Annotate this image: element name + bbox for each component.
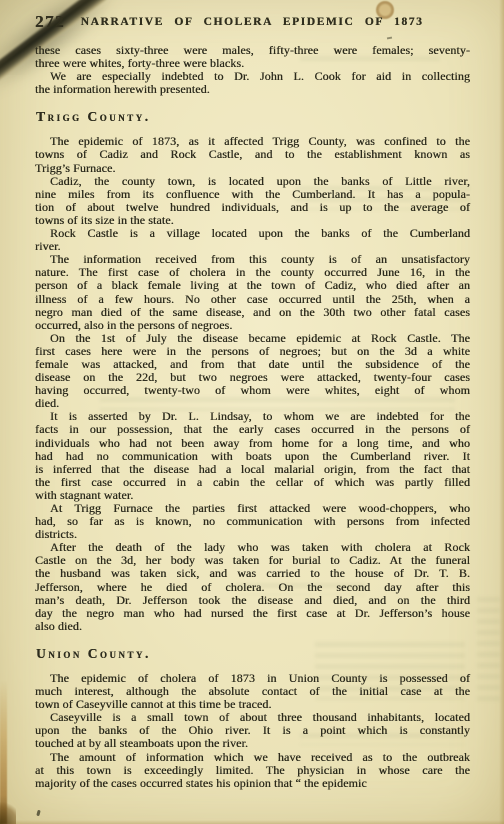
ink-speck-artifact — [36, 810, 40, 817]
paragraph: We are especially indebted to Dr. John L… — [35, 70, 470, 96]
text-line: occurred, also in the persons of negroes… — [35, 319, 470, 332]
text-line: facts in our possession, that the early … — [35, 423, 470, 436]
text-line: touched at by all steamboats upon the ri… — [35, 737, 470, 750]
paragraph: On the 1st of July the disease became ep… — [35, 332, 470, 411]
page-body: these cases sixty-three were males, fift… — [35, 44, 470, 790]
paragraph: At Trigg Furnace the parties first attac… — [35, 502, 470, 541]
running-title: NARRATIVE OF CHOLERA EPIDEMIC OF 1873 — [81, 16, 424, 28]
text-line: On the 1st of July the disease became ep… — [35, 332, 470, 345]
text-line: negro man died of the same disease, and … — [35, 306, 470, 319]
text-line: individuals who had not been away from h… — [35, 437, 470, 450]
scanned-book-page: 272 NARRATIVE OF CHOLERA EPIDEMIC OF 187… — [0, 0, 504, 824]
paragraph: The amount of information which we have … — [35, 751, 470, 790]
text-line: is inferred that the disease had a local… — [35, 463, 470, 476]
paragraph: Cadiz, the county town, is located upon … — [35, 175, 470, 227]
page-number: 272 — [35, 12, 65, 32]
page-edge-artifact — [0, 820, 504, 824]
text-line: tion of about twelve hundred individuals… — [35, 201, 470, 214]
paragraph: these cases sixty-three were males, fift… — [35, 44, 470, 70]
paragraph: The information received from this count… — [35, 253, 470, 332]
text-line: the husband was taken sick, and was carr… — [35, 567, 470, 580]
text-line: had, so far as is known, no communicatio… — [35, 515, 470, 528]
paragraph: Rock Castle is a village located upon th… — [35, 227, 470, 253]
text-line: towns of Cadiz and Rock Castle, and to t… — [35, 148, 470, 161]
text-line: Jefferson, where he died of cholera. On … — [35, 581, 470, 594]
text-line: man’s death, Dr. Jefferson took the dise… — [35, 594, 470, 607]
text-line: the information herewith presented. — [35, 83, 470, 96]
paragraph: It is asserted by Dr. L. Lindsay, to who… — [35, 410, 470, 502]
page-edge-artifact — [499, 0, 504, 824]
text-line: at this town is exceedingly limited. The… — [35, 764, 470, 777]
text-line: had had no communication with boats upon… — [35, 450, 470, 463]
text-line: illness of a few hours. No other case oc… — [35, 293, 470, 306]
paragraph: After the death of the lady who was take… — [35, 541, 470, 633]
text-line: day the negro man who had nursed the fir… — [35, 607, 470, 620]
text-line: Cadiz, the county town, is located upon … — [35, 175, 470, 188]
paragraph: The epidemic of cholera of 1873 in Union… — [35, 672, 470, 711]
text-line: The amount of information which we have … — [35, 751, 470, 764]
text-line: majority of the cases occurred states hi… — [35, 777, 470, 790]
ink-speck-artifact — [387, 37, 392, 40]
text-line: also died. — [35, 620, 470, 633]
running-head: 272 NARRATIVE OF CHOLERA EPIDEMIC OF 187… — [0, 12, 504, 36]
text-line: Trigg’s Furnace. — [35, 162, 470, 175]
paragraph: The epidemic of 1873, as it affected Tri… — [35, 135, 470, 174]
text-line: person of a black female living at the t… — [35, 279, 470, 292]
text-line: Rock Castle is a village located upon th… — [35, 227, 470, 240]
paragraph: Caseyville is a small town of about thre… — [35, 711, 470, 750]
text-line: having occurred, twenty-two of whom were… — [35, 384, 470, 397]
page-edge-artifact — [0, 680, 7, 824]
text-line: the first case occurred in a cabin the c… — [35, 476, 470, 489]
corner-shadow-artifact — [0, 800, 16, 824]
show-through-artifact — [477, 597, 500, 705]
section-heading: Union County. — [36, 646, 470, 662]
text-line: nine miles from its confluence with the … — [35, 188, 470, 201]
section-heading: Trigg County. — [36, 109, 470, 125]
text-line: first cases here were in the persons of … — [35, 345, 470, 358]
